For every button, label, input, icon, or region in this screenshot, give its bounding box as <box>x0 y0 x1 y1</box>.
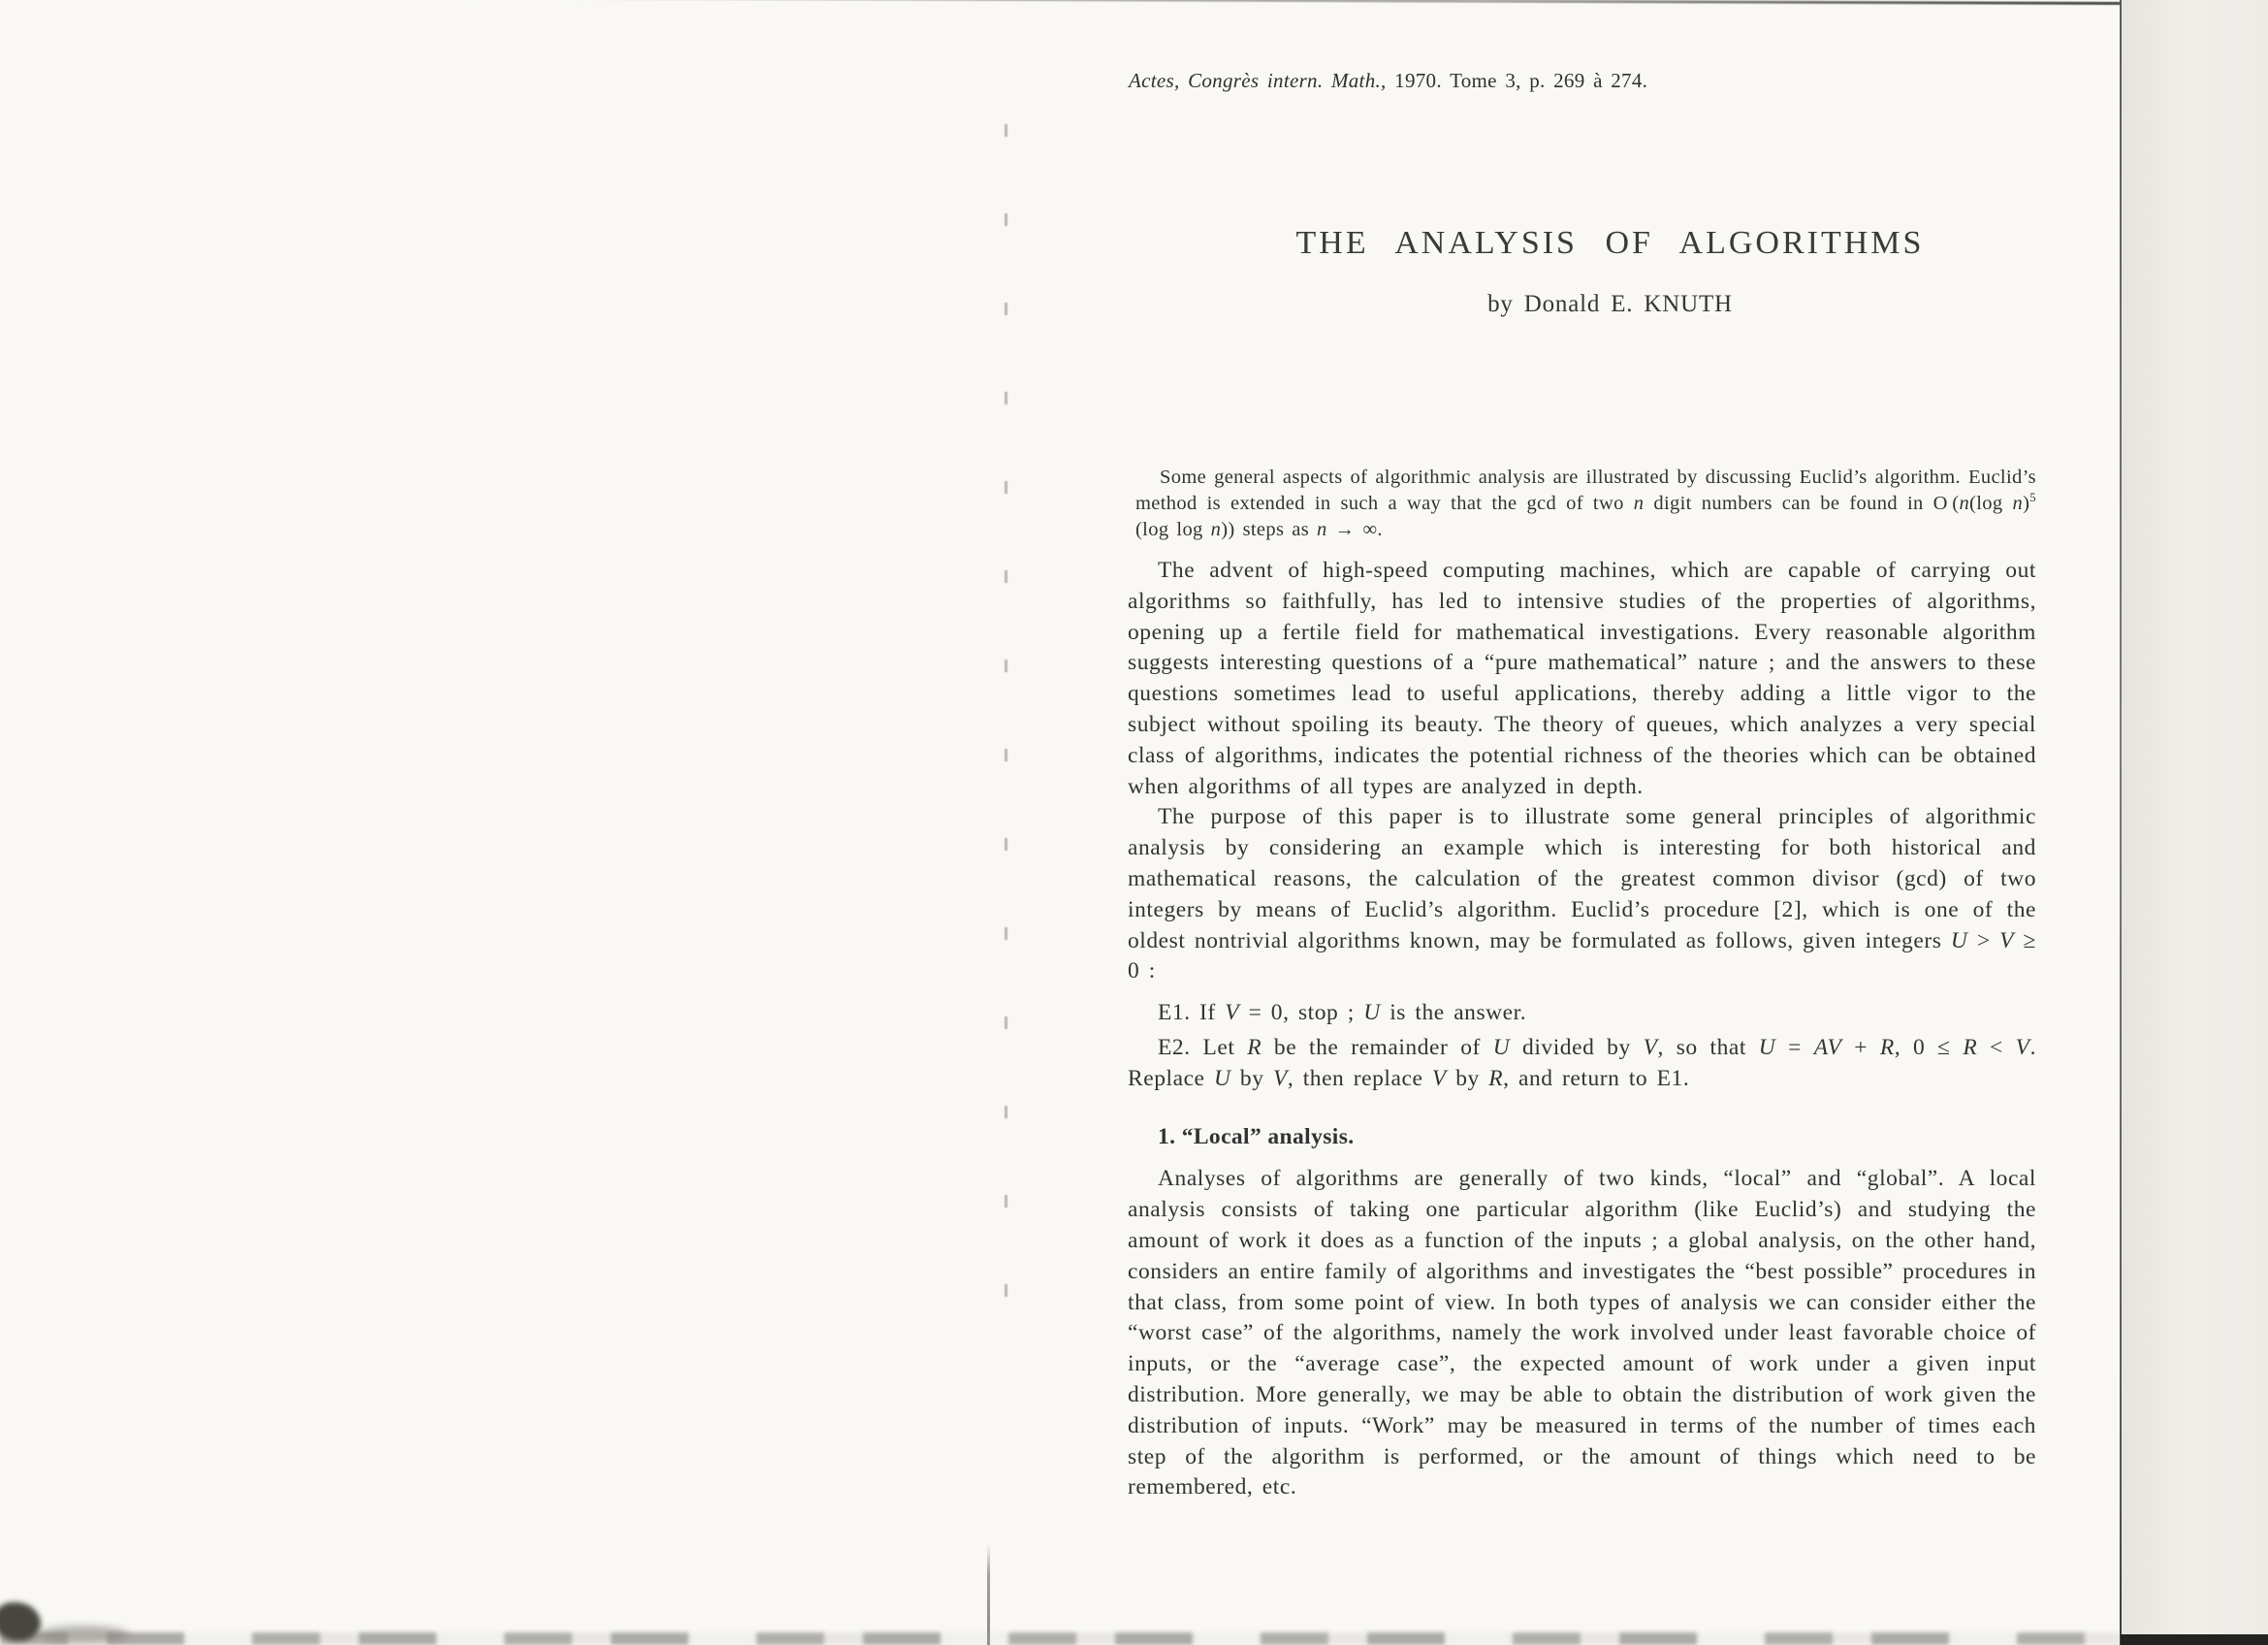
adjacent-page-strip <box>2122 0 2268 1645</box>
text-column: Actes, Congrès intern. Math., 1970. Tome… <box>1128 68 2036 1503</box>
scan-corner-smudge-light <box>37 1626 129 1643</box>
abstract: Some general aspects of algorithmic anal… <box>1135 465 2036 543</box>
journal-citation: Actes, Congrès intern. Math., 1970. Tome… <box>1128 68 2036 93</box>
scan-bottom-dark-band <box>2121 1634 2268 1645</box>
body-text: The advent of high-speed computing machi… <box>1128 556 2036 1503</box>
algorithm-step-e2: E2. Let R be the remainder of U divided … <box>1128 1033 2036 1095</box>
paper-page: Actes, Congrès intern. Math., 1970. Tome… <box>989 0 2124 1645</box>
journal-citation-volume: 1970. Tome 3, p. 269 à 274. <box>1387 69 1648 92</box>
scanned-paper-spread: Actes, Congrès intern. Math., 1970. Tome… <box>0 0 2268 1645</box>
journal-citation-name: Actes, Congrès intern. Math., <box>1129 69 1387 92</box>
section-heading-local-analysis: 1. “Local” analysis. <box>1128 1122 2036 1153</box>
author-byline: by Donald E. KNUTH <box>1128 291 2036 318</box>
paragraph-intro: The advent of high-speed computing machi… <box>1128 556 2036 802</box>
algorithm-step-e1: E1. If V = 0, stop ; U is the answer. <box>1128 998 2036 1029</box>
paper-title: THE ANALYSIS OF ALGORITHMS <box>1128 224 2036 263</box>
left-blank-page <box>0 0 989 1645</box>
paragraph-local-analysis: Analyses of algorithms are generally of … <box>1128 1164 2036 1503</box>
scan-bottom-showthrough <box>0 1632 2121 1645</box>
paragraph-purpose: The purpose of this paper is to illustra… <box>1128 802 2036 987</box>
